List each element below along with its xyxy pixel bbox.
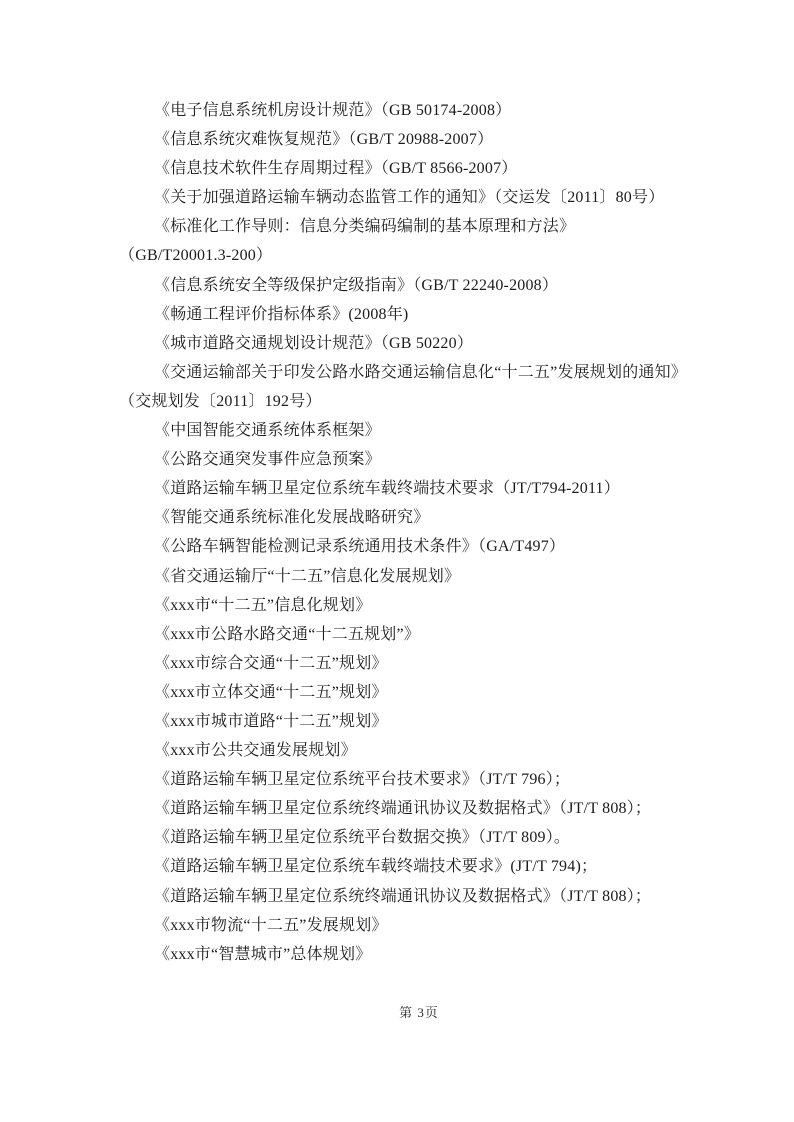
reference-line: 《公路交通突发事件应急预案》: [119, 445, 719, 474]
reference-line: 《标准化工作导则：信息分类编码编制的基本原理和方法》: [119, 212, 719, 241]
reference-line: 《道路运输车辆卫星定位系统平台技术要求》（JT/T 796）；: [119, 765, 719, 794]
reference-line: 《城市道路交通规划设计规范》（GB 50220）: [119, 329, 719, 358]
reference-line: 《省交通运输厅“十二五”信息化发展规划》: [119, 562, 719, 591]
reference-list: 《电子信息系统机房设计规范》（GB 50174-2008）《信息系统灾难恢复规范…: [119, 96, 719, 969]
page-number: 第 3页: [399, 1005, 439, 1020]
reference-line: 《信息系统安全等级保护定级指南》（GB/T 22240-2008）: [119, 271, 719, 300]
reference-line: 《交通运输部关于印发公路水路交通运输信息化“十二五”发展规划的通知》: [119, 358, 719, 387]
reference-line: 《xxx市“十二五”信息化规划》: [119, 591, 719, 620]
reference-line: 《道路运输车辆卫星定位系统终端通讯协议及数据格式》（JT/T 808）；: [119, 794, 719, 823]
reference-line: （GB/T20001.3-200）: [119, 241, 719, 270]
reference-line: 《道路运输车辆卫星定位系统车载终端技术要求》(JT/T 794)；: [119, 852, 719, 881]
reference-line: 《中国智能交通系统体系框架》: [119, 416, 719, 445]
reference-line: 《关于加强道路运输车辆动态监管工作的通知》（交运发〔2011〕80号）: [119, 183, 719, 212]
reference-line: 《xxx市公路水路交通“十二五规划”》: [119, 620, 719, 649]
reference-line: 《道路运输车辆卫星定位系统平台数据交换》（JT/T 809）。: [119, 823, 719, 852]
reference-line: 《公路车辆智能检测记录系统通用技术条件》（GA/T497）: [119, 532, 719, 561]
reference-line: 《道路运输车辆卫星定位系统车载终端技术要求（JT/T794-2011）: [119, 474, 719, 503]
reference-line: 《xxx市“智慧城市”总体规划》: [119, 940, 719, 969]
reference-line: 《信息系统灾难恢复规范》（GB/T 20988-2007）: [119, 125, 719, 154]
reference-line: 《道路运输车辆卫星定位系统终端通讯协议及数据格式》（JT/T 808）；: [119, 882, 719, 911]
reference-line: 《xxx市城市道路“十二五”规划》: [119, 707, 719, 736]
document-page: 《电子信息系统机房设计规范》（GB 50174-2008）《信息系统灾难恢复规范…: [0, 0, 794, 1122]
reference-line: 《智能交通系统标准化发展战略研究》: [119, 503, 719, 532]
reference-line: 《xxx市综合交通“十二五”规划》: [119, 649, 719, 678]
reference-line: 《信息技术软件生存周期过程》（GB/T 8566-2007）: [119, 154, 719, 183]
reference-line: 《畅通工程评价指标体系》(2008年): [119, 300, 719, 329]
reference-line: 《xxx市立体交通“十二五”规划》: [119, 678, 719, 707]
reference-line: 《xxx市公共交通发展规划》: [119, 736, 719, 765]
page-footer: 第 3页: [119, 1002, 719, 1021]
reference-line: （交规划发〔2011〕192号）: [119, 387, 719, 416]
reference-line: 《电子信息系统机房设计规范》（GB 50174-2008）: [119, 96, 719, 125]
reference-line: 《xxx市物流“十二五”发展规划》: [119, 911, 719, 940]
